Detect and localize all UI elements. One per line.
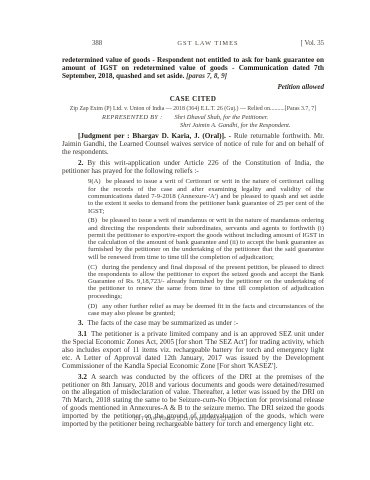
paragraph-3-1: 3.1The petitioner is a private limited c… — [62, 331, 324, 371]
case-cited-heading: CASE CITED — [62, 95, 324, 103]
respondent-counsel: Shri Jaimin A. Gandhi, for the Responden… — [180, 122, 290, 129]
paragraph-3-number: 3. — [78, 319, 87, 327]
disposition-label: Petition allowed — [62, 83, 324, 91]
paragraph-3-2-number: 3.2 — [78, 373, 91, 381]
volume-label: [ Vol. 35 — [264, 40, 324, 47]
relief-clause-B: (B)be pleased to issue a writ of mandamu… — [88, 217, 324, 261]
relief-clause-D: (D)any other further relief as may be de… — [88, 303, 324, 318]
respondent-counsel-row: Shri Jaimin A. Gandhi, for the Responden… — [62, 122, 324, 130]
judgment-per-label: [Judgment per : Bhargav D. Karia, J. (Or… — [78, 132, 234, 140]
page-footer: GST LAW TIMES ❑ 23rd April 2020 ❑ 182 — [0, 417, 370, 422]
headnote: redetermined value of goods - Respondent… — [62, 56, 324, 80]
relief-D-label: (D) — [88, 303, 102, 310]
case-citation: Zip Zap Exim (P) Ltd. v. Union of India … — [62, 106, 324, 113]
represented-by-row: REPRESENTED BY : Shri Dhaval Shah, for t… — [62, 114, 324, 122]
document-page: 388 GST LAW TIMES [ Vol. 35 redetermined… — [0, 0, 370, 480]
page-number: 388 — [92, 40, 152, 47]
journal-title: GST LAW TIMES — [152, 40, 264, 47]
paragraph-3-1-number: 3.1 — [78, 330, 91, 338]
petitioner-counsel: Shri Dhaval Shah, for the Petitioner. — [175, 114, 269, 122]
citation-entry: Zip Zap Exim (P) Ltd. v. Union of India … — [70, 106, 270, 112]
relief-clause-9A: 9(A)be pleased to issue a writ of Certio… — [88, 178, 324, 214]
paragraph-3-text: The facts of the case may be summarized … — [87, 319, 238, 327]
paragraph-2-text: By this writ-application under Article 2… — [62, 159, 324, 175]
paragraph-3: 3.The facts of the case may be summarize… — [62, 320, 324, 328]
relief-C-text: during the pendency and final disposal o… — [88, 264, 324, 300]
relief-clause-C: (C)during the pendency and final disposa… — [88, 264, 324, 300]
citation-paras: [Paras 3.7, 7] — [285, 106, 316, 112]
paragraph-2: 2.By this writ-application under Article… — [62, 160, 324, 176]
paragraph-3-1-text: The petitioner is a private limited comp… — [62, 330, 324, 370]
relief-B-text: be pleased to issue a writ of mandamus o… — [88, 217, 324, 260]
relief-D-text: any other further relief as may be deeme… — [88, 303, 324, 317]
relief-9A-label: 9(A) — [88, 178, 106, 185]
running-header: 388 GST LAW TIMES [ Vol. 35 — [62, 40, 324, 47]
relief-9A-text: be pleased to issue a writ of Certiorari… — [88, 178, 324, 214]
judgment-intro-paragraph: [Judgment per : Bhargav D. Karia, J. (Or… — [62, 133, 324, 157]
relief-B-label: (B) — [88, 217, 102, 224]
paragraph-2-number: 2. — [78, 159, 87, 167]
relief-C-label: (C) — [88, 264, 102, 271]
headnote-paras-ref: [paras 7, 8, 9] — [186, 72, 227, 80]
represented-by-label: REPRESENTED BY : — [102, 114, 163, 122]
citation-dots: .......... — [270, 106, 285, 112]
